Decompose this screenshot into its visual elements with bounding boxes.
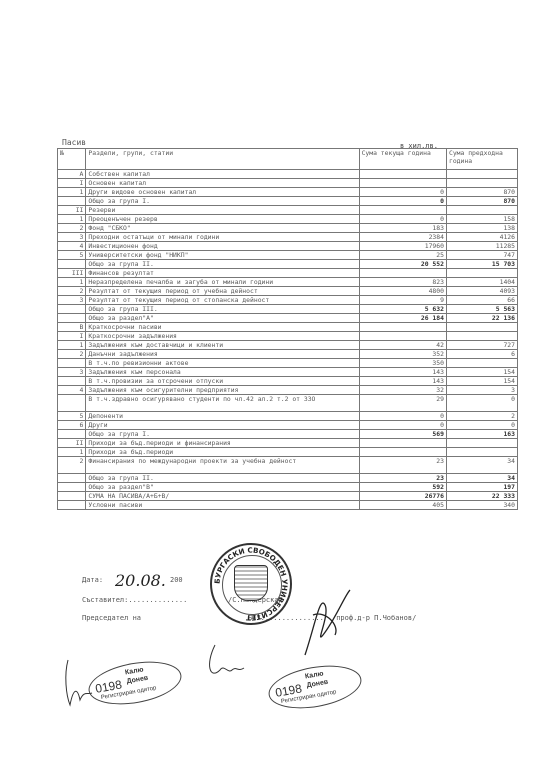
auditor-stamp-1: 0198 Калю Донев Регистриран одитор bbox=[85, 655, 185, 711]
value-previous-year: 870 bbox=[446, 197, 517, 206]
table-row: Общо за раздел"В"592197 bbox=[58, 483, 518, 492]
date-label: Дата: bbox=[82, 576, 103, 584]
svg-text:БУРГАСКИ СВОБОДЕН УНИВЕРСИТЕТ: БУРГАСКИ СВОБОДЕН УНИВЕРСИТЕТ bbox=[213, 546, 290, 623]
compiler-label-text: Съставител: bbox=[82, 596, 128, 604]
liabilities-table: № Раздели, групи, статии Сума текуща год… bbox=[57, 148, 518, 510]
table-row: 5Депоненти02 bbox=[58, 412, 518, 421]
table-row: 2Данъчни задължения3526 bbox=[58, 350, 518, 359]
row-number: 2 bbox=[58, 350, 86, 359]
value-current-year: 0 bbox=[359, 215, 446, 224]
row-number bbox=[58, 501, 86, 510]
row-number: 3 bbox=[58, 368, 86, 377]
row-number: 1 bbox=[58, 188, 86, 197]
table-row: 2Резултат от текущия период от учебна де… bbox=[58, 287, 518, 296]
value-previous-year: 11285 bbox=[446, 242, 517, 251]
value-current-year: 29 bbox=[359, 395, 446, 412]
value-current-year: 0 bbox=[359, 197, 446, 206]
value-previous-year: 22 136 bbox=[446, 314, 517, 323]
value-previous-year: 2 bbox=[446, 412, 517, 421]
value-previous-year bbox=[446, 269, 517, 278]
value-current-year: 20 552 bbox=[359, 260, 446, 269]
value-previous-year: 3 bbox=[446, 386, 517, 395]
table-row: 4Задължения към осигурителни предприятия… bbox=[58, 386, 518, 395]
row-label: Инвестиционен фонд bbox=[86, 242, 359, 251]
value-current-year: 4800 bbox=[359, 287, 446, 296]
table-row: 3Резултат от текущия период от стопанска… bbox=[58, 296, 518, 305]
table-row: СУМА НА ПАСИВА/А+Б+В/2677622 333 bbox=[58, 492, 518, 501]
table-header: № Раздели, групи, статии Сума текуща год… bbox=[58, 149, 518, 170]
value-previous-year: 154 bbox=[446, 377, 517, 386]
page-title: Пасив bbox=[62, 138, 86, 147]
header-previous: Сума предходна година bbox=[446, 149, 517, 170]
value-current-year bbox=[359, 323, 446, 332]
row-number: В bbox=[58, 323, 86, 332]
table-row: 6Други00 bbox=[58, 421, 518, 430]
row-number: 3 bbox=[58, 233, 86, 242]
table-row: IIПриходи за бъд.периоди и финансирания bbox=[58, 439, 518, 448]
value-current-year bbox=[359, 448, 446, 457]
table-row: 3Преходни остатъци от минали години23844… bbox=[58, 233, 518, 242]
row-label: Общо за група I. bbox=[86, 430, 359, 439]
value-current-year: 592 bbox=[359, 483, 446, 492]
table-row: Общо за група I.569163 bbox=[58, 430, 518, 439]
value-current-year: 352 bbox=[359, 350, 446, 359]
value-current-year: 405 bbox=[359, 501, 446, 510]
row-label: Преходни остатъци от минали години bbox=[86, 233, 359, 242]
row-label: Краткосрочни пасиви bbox=[86, 323, 359, 332]
table-row: В т.ч.здравно осигурявано студенти по чл… bbox=[58, 395, 518, 412]
table-row: Общо за група II.2334 bbox=[58, 474, 518, 483]
row-number: 2 bbox=[58, 457, 86, 474]
table-row: Общо за раздел"А"26 18422 136 bbox=[58, 314, 518, 323]
value-previous-year: 4126 bbox=[446, 233, 517, 242]
value-previous-year: 6 bbox=[446, 350, 517, 359]
value-previous-year: 5 563 bbox=[446, 305, 517, 314]
value-current-year: 183 bbox=[359, 224, 446, 233]
value-current-year: 25 bbox=[359, 251, 446, 260]
row-number bbox=[58, 474, 86, 483]
value-current-year: 2384 bbox=[359, 233, 446, 242]
row-number: I bbox=[58, 332, 86, 341]
value-previous-year: 340 bbox=[446, 501, 517, 510]
row-label: Задължения към доставчици и клиенти bbox=[86, 341, 359, 350]
row-number: 4 bbox=[58, 242, 86, 251]
value-previous-year bbox=[446, 439, 517, 448]
row-label: Задължения към осигурителни предприятия bbox=[86, 386, 359, 395]
value-current-year bbox=[359, 439, 446, 448]
row-label: Университетски фонд "НИКП" bbox=[86, 251, 359, 260]
table-row: 1Задължения към доставчици и клиенти4272… bbox=[58, 341, 518, 350]
row-number bbox=[58, 430, 86, 439]
row-number bbox=[58, 260, 86, 269]
value-previous-year: 34 bbox=[446, 457, 517, 474]
value-previous-year: 22 333 bbox=[446, 492, 517, 501]
table-row: IКраткосрочни задължения bbox=[58, 332, 518, 341]
row-number: 6 bbox=[58, 421, 86, 430]
auditor-stamp-2: 0198 Калю Донев Регистриран одитор bbox=[265, 659, 365, 715]
value-previous-year bbox=[446, 323, 517, 332]
value-current-year: 23 bbox=[359, 474, 446, 483]
table-row: 1Преоценъчен резерв0158 bbox=[58, 215, 518, 224]
value-previous-year bbox=[446, 448, 517, 457]
header-current: Сума текуща година bbox=[359, 149, 446, 170]
value-current-year: 143 bbox=[359, 368, 446, 377]
row-label: В т.ч.здравно осигурявано студенти по чл… bbox=[86, 395, 359, 412]
chairman-label: Председател на bbox=[82, 614, 141, 622]
value-previous-year: 34 bbox=[446, 474, 517, 483]
table-row: Общо за група III.5 6325 563 bbox=[58, 305, 518, 314]
table-row: АСобствен капитал bbox=[58, 170, 518, 179]
value-previous-year: 163 bbox=[446, 430, 517, 439]
row-number: 2 bbox=[58, 287, 86, 296]
table-row: 2Фонд "СБКО"183138 bbox=[58, 224, 518, 233]
value-current-year: 569 bbox=[359, 430, 446, 439]
row-label: Приходи за бъд.периоди bbox=[86, 448, 359, 457]
value-previous-year: 0 bbox=[446, 421, 517, 430]
row-number: 1 bbox=[58, 448, 86, 457]
row-number bbox=[58, 197, 86, 206]
table-row: Общо за група I.0870 bbox=[58, 197, 518, 206]
value-current-year: 0 bbox=[359, 421, 446, 430]
row-number: I bbox=[58, 179, 86, 188]
value-previous-year: 747 bbox=[446, 251, 517, 260]
value-previous-year: 1404 bbox=[446, 278, 517, 287]
compiler-label: Съставител:.............. bbox=[82, 596, 187, 604]
row-label: Фонд "СБКО" bbox=[86, 224, 359, 233]
value-current-year: 26776 bbox=[359, 492, 446, 501]
value-current-year: 143 bbox=[359, 377, 446, 386]
table-row: IIРезерви bbox=[58, 206, 518, 215]
value-previous-year: 197 bbox=[446, 483, 517, 492]
table-row: 1Други видове основен капитал0870 bbox=[58, 188, 518, 197]
row-number: II bbox=[58, 439, 86, 448]
value-current-year bbox=[359, 269, 446, 278]
row-number: 4 bbox=[58, 386, 86, 395]
row-label: Общо за раздел"В" bbox=[86, 483, 359, 492]
seal-ring-text: БУРГАСКИ СВОБОДЕН УНИВЕРСИТЕТ bbox=[212, 545, 290, 623]
value-current-year: 5 632 bbox=[359, 305, 446, 314]
value-current-year: 350 bbox=[359, 359, 446, 368]
value-current-year: 17960 bbox=[359, 242, 446, 251]
row-number: 5 bbox=[58, 251, 86, 260]
row-label: Общо за група II. bbox=[86, 474, 359, 483]
value-previous-year: 870 bbox=[446, 188, 517, 197]
row-label: Други видове основен капитал bbox=[86, 188, 359, 197]
value-previous-year bbox=[446, 170, 517, 179]
row-label: Собствен капитал bbox=[86, 170, 359, 179]
value-previous-year: 154 bbox=[446, 368, 517, 377]
row-label: Основен капитал bbox=[86, 179, 359, 188]
table-row: Общо за група II.20 55215 703 bbox=[58, 260, 518, 269]
row-label: Преоценъчен резерв bbox=[86, 215, 359, 224]
auditor-last-name: Донев bbox=[306, 679, 329, 690]
value-previous-year: 138 bbox=[446, 224, 517, 233]
row-label: Общо за група II. bbox=[86, 260, 359, 269]
value-previous-year: 727 bbox=[446, 341, 517, 350]
value-previous-year: 15 703 bbox=[446, 260, 517, 269]
row-label: Депоненти bbox=[86, 412, 359, 421]
row-label: В т.ч.провизии за отсрочени отпуски bbox=[86, 377, 359, 386]
date-suffix: 200 bbox=[170, 576, 183, 584]
row-label: Резултат от текущия период от учебна дей… bbox=[86, 287, 359, 296]
table-row: 5Университетски фонд "НИКП"25747 bbox=[58, 251, 518, 260]
row-label: В т.ч.по ревизионни актове bbox=[86, 359, 359, 368]
row-label: Данъчни задължения bbox=[86, 350, 359, 359]
row-number: А bbox=[58, 170, 86, 179]
value-previous-year bbox=[446, 359, 517, 368]
row-number: II bbox=[58, 206, 86, 215]
handwritten-date: 20.08. bbox=[115, 571, 166, 590]
value-current-year bbox=[359, 170, 446, 179]
row-number bbox=[58, 377, 86, 386]
row-label: Условни пасиви bbox=[86, 501, 359, 510]
value-previous-year: 0 bbox=[446, 395, 517, 412]
auditor-signature bbox=[200, 640, 250, 685]
value-previous-year bbox=[446, 332, 517, 341]
row-label: Резерви bbox=[86, 206, 359, 215]
value-previous-year bbox=[446, 179, 517, 188]
table-row: IОсновен капитал bbox=[58, 179, 518, 188]
auditor-last-name: Донев bbox=[126, 675, 149, 686]
row-number: 2 bbox=[58, 224, 86, 233]
row-number: 5 bbox=[58, 412, 86, 421]
value-current-year: 42 bbox=[359, 341, 446, 350]
table-row: 4Инвестиционен фонд1796011285 bbox=[58, 242, 518, 251]
university-seal: БУРГАСКИ СВОБОДЕН УНИВЕРСИТЕТ bbox=[210, 543, 292, 625]
row-label: Резултат от текущия период от стопанска … bbox=[86, 296, 359, 305]
value-previous-year: 66 bbox=[446, 296, 517, 305]
row-number: 1 bbox=[58, 215, 86, 224]
table-row: 1Приходи за бъд.периоди bbox=[58, 448, 518, 457]
row-label: СУМА НА ПАСИВА/А+Б+В/ bbox=[86, 492, 359, 501]
value-current-year bbox=[359, 332, 446, 341]
table-row: Условни пасиви405340 bbox=[58, 501, 518, 510]
row-label: Общо за раздел"А" bbox=[86, 314, 359, 323]
value-current-year bbox=[359, 206, 446, 215]
table-row: ВКраткосрочни пасиви bbox=[58, 323, 518, 332]
value-current-year: 823 bbox=[359, 278, 446, 287]
row-number bbox=[58, 359, 86, 368]
row-label: Неразпределена печалба и загуба от минал… bbox=[86, 278, 359, 287]
row-label: Финансирания по международни проекти за … bbox=[86, 457, 359, 474]
row-label: Краткосрочни задължения bbox=[86, 332, 359, 341]
row-number: III bbox=[58, 269, 86, 278]
value-current-year: 9 bbox=[359, 296, 446, 305]
row-label: Приходи за бъд.периоди и финансирания bbox=[86, 439, 359, 448]
row-label: Други bbox=[86, 421, 359, 430]
value-previous-year bbox=[446, 206, 517, 215]
table-row: 3Задължения към персонала143154 bbox=[58, 368, 518, 377]
row-number bbox=[58, 492, 86, 501]
row-number bbox=[58, 483, 86, 492]
table-row: В т.ч.по ревизионни актове350 bbox=[58, 359, 518, 368]
table-row: 1Неразпределена печалба и загуба от мина… bbox=[58, 278, 518, 287]
header-name: Раздели, групи, статии bbox=[86, 149, 359, 170]
value-current-year: 0 bbox=[359, 412, 446, 421]
value-current-year: 0 bbox=[359, 188, 446, 197]
row-number bbox=[58, 314, 86, 323]
value-current-year: 32 bbox=[359, 386, 446, 395]
value-previous-year: 158 bbox=[446, 215, 517, 224]
value-current-year bbox=[359, 179, 446, 188]
header-no: № bbox=[58, 149, 86, 170]
value-current-year: 23 bbox=[359, 457, 446, 474]
table-row: В т.ч.провизии за отсрочени отпуски14315… bbox=[58, 377, 518, 386]
row-label: Задължения към персонала bbox=[86, 368, 359, 377]
row-label: Финансов резултат bbox=[86, 269, 359, 278]
row-number: 1 bbox=[58, 341, 86, 350]
table-row: 2Финансирания по международни проекти за… bbox=[58, 457, 518, 474]
row-number: 3 bbox=[58, 296, 86, 305]
table-row: IIIФинансов резултат bbox=[58, 269, 518, 278]
value-previous-year: 4093 bbox=[446, 287, 517, 296]
row-number bbox=[58, 305, 86, 314]
row-label: Общо за група III. bbox=[86, 305, 359, 314]
row-label: Общо за група I. bbox=[86, 197, 359, 206]
row-number: 1 bbox=[58, 278, 86, 287]
row-number bbox=[58, 395, 86, 412]
chairman-signature bbox=[295, 585, 355, 665]
value-current-year: 26 184 bbox=[359, 314, 446, 323]
